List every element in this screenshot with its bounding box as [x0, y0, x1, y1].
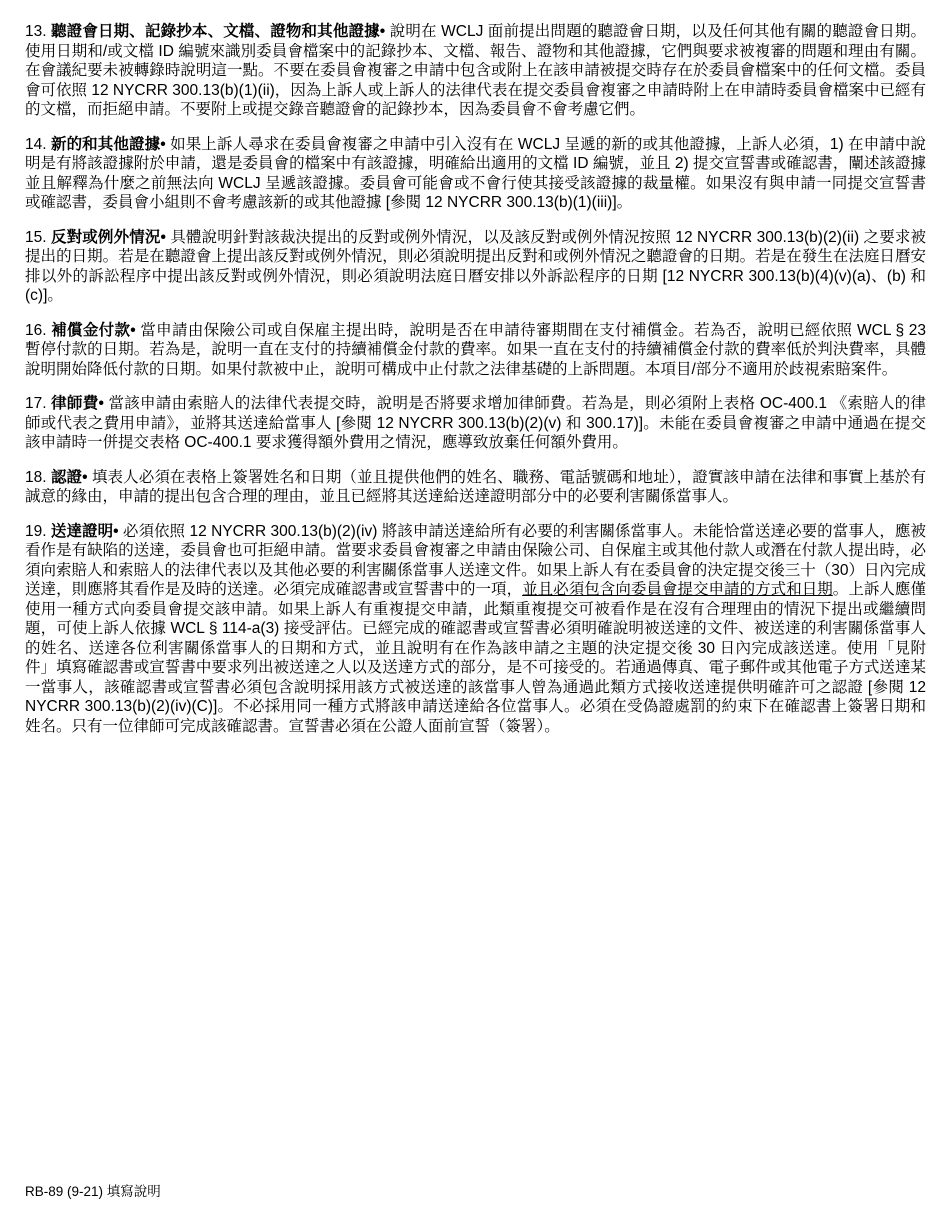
paragraph-body: 填表人必須在表格上簽署姓名和日期（並且提供他們的姓名、職務、電話號碼和地址），證…	[25, 469, 926, 506]
instructions-list: 13. 聽證會日期、記錄抄本、文檔、證物和其他證據• 說明在 WCLJ 面前提出…	[0, 0, 950, 736]
paragraph-title: 認證•	[51, 469, 88, 486]
paragraph-number: 19.	[25, 523, 51, 540]
paragraph-number: 14.	[25, 136, 51, 153]
paragraph-body: 當申請由保險公司或自保雇主提出時，說明是否在申請待審期間在支付補償金。若為否，說…	[25, 322, 926, 378]
paragraph-title: 反對或例外情況•	[51, 229, 166, 246]
paragraph-body-after: 。上訴人應僅使用一種方式向委員會提交該申請。如果上訴人有重複提交申請，此類重複提…	[25, 581, 926, 735]
instruction-paragraph-19: 19. 送達證明• 必須依照 12 NYCRR 300.13(b)(2)(iv)…	[25, 522, 926, 737]
instruction-paragraph-13: 13. 聽證會日期、記錄抄本、文檔、證物和其他證據• 說明在 WCLJ 面前提出…	[25, 22, 926, 120]
page-footer: RB-89 (9-21) 填寫說明	[25, 1184, 161, 1200]
form-id-label: RB-89 (9-21) 填寫說明	[25, 1184, 161, 1199]
paragraph-title: 送達證明•	[51, 523, 119, 540]
paragraph-number: 15.	[25, 229, 51, 246]
paragraph-body: 當該申請由索賠人的法律代表提交時，說明是否將要求增加律師費。若為是，則必須附上表…	[25, 395, 926, 451]
paragraph-title: 補償金付款•	[51, 322, 136, 339]
paragraph-number: 18.	[25, 469, 51, 486]
instruction-paragraph-17: 17. 律師費• 當該申請由索賠人的法律代表提交時，說明是否將要求增加律師費。若…	[25, 394, 926, 453]
instruction-paragraph-16: 16. 補償金付款• 當申請由保險公司或自保雇主提出時，說明是否在申請待審期間在…	[25, 321, 926, 380]
paragraph-title: 新的和其他證據•	[51, 136, 166, 153]
instruction-paragraph-18: 18. 認證• 填表人必須在表格上簽署姓名和日期（並且提供他們的姓名、職務、電話…	[25, 468, 926, 507]
paragraph-number: 17.	[25, 395, 51, 412]
paragraph-number: 16.	[25, 322, 51, 339]
paragraph-number: 13.	[25, 23, 51, 40]
instruction-paragraph-14: 14. 新的和其他證據• 如果上訴人尋求在委員會複審之申請中引入沒有在 WCLJ…	[25, 135, 926, 213]
paragraph-underlined-phrase: 並且必須包含向委員會提交申請的方式和日期	[522, 581, 833, 598]
document-page: 13. 聽證會日期、記錄抄本、文檔、證物和其他證據• 說明在 WCLJ 面前提出…	[0, 0, 950, 1230]
paragraph-title: 律師費•	[51, 395, 104, 412]
paragraph-title: 聽證會日期、記錄抄本、文檔、證物和其他證據•	[51, 23, 385, 40]
instruction-paragraph-15: 15. 反對或例外情況• 具體說明針對該裁決提出的反對或例外情況，以及該反對或例…	[25, 228, 926, 306]
